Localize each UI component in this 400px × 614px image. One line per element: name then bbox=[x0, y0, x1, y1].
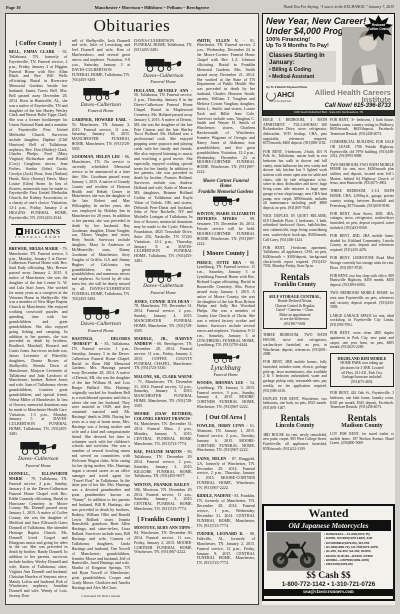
lynchburg-funeral-home-logo: LynchburgFuneral Home bbox=[197, 352, 256, 377]
deceased-name: WOODS, RHONDA LEE bbox=[197, 380, 247, 385]
masthead-cities: Manchester • Morrison • Hillsboro ~ Pelh… bbox=[95, 5, 210, 10]
classified-ad: COMMERCIAL BUILDING FOR SALE OR LEASE, 1… bbox=[330, 140, 394, 159]
deceased-name: WINTON, MARIE ELIZABETH JEFFERYS MYERS bbox=[197, 211, 256, 221]
classified-ad: THREE BEDROOM, 2-1/2 BATH HOME, CHA, 2,0… bbox=[330, 189, 394, 208]
rentals-county: Lincoln County bbox=[263, 423, 327, 430]
obituary-entry: WINTON, FRANKIE BAILEY - 106, Morrison, … bbox=[134, 483, 193, 512]
daves-funeral-home-logo: Daves~CulbertsonFuneral Home bbox=[9, 440, 68, 468]
classified-ad: THREE BEDROOM, TWO BATH HOUSE, stove and… bbox=[263, 333, 327, 356]
motorcycle-ad-body: KAWASAKI— Z1-900(1972-75)KZ900, KZ1000(1… bbox=[264, 532, 393, 571]
classified-ad: TWO BEDROOM, TWO BATH MOBILE HOME for re… bbox=[330, 163, 394, 186]
classified-ad: LARGE GARAGE SPACE for rent, ideal works… bbox=[330, 314, 394, 328]
deceased-name: BREWER, MELBA MARIE bbox=[9, 246, 60, 251]
deceased-name: JONES, CONNIE ILVA DEAN bbox=[134, 299, 191, 304]
obituary-entry: MALONE, SR., CLARK WAENE - 71, Mancheste… bbox=[134, 375, 193, 409]
rentals-title: Rentals bbox=[330, 414, 394, 423]
nurse-photo bbox=[342, 27, 392, 85]
deceased-name: BELL, EMMA CLARK bbox=[9, 49, 58, 54]
classified-ad: FOR RENT, 2BD mobile homes, fully furnis… bbox=[263, 360, 327, 393]
obituary-entry: FOWLER, JERRY LYNN - 61, Altamont, TN. J… bbox=[197, 424, 256, 453]
motorcycle-ad-subtitle: Old Japanese Motorcycles bbox=[266, 520, 391, 531]
classes-title: Classes Starting In January: bbox=[269, 53, 333, 66]
obituaries-section: Obituaries [ Coffee County ]BELL, EMMA C… bbox=[5, 13, 259, 605]
classified-ad: FOR RENT, 1-bedroom apartment, Tullahoma… bbox=[263, 246, 327, 269]
page-content: Obituaries [ Coffee County ]BELL, EMMA C… bbox=[0, 12, 400, 605]
obituary-entry: BELL, EMMA CLARK - 92, Tullahoma, TN, fo… bbox=[9, 50, 68, 221]
motorcycle-ad: Wanted Old Japanese Motorcycles KAW bbox=[262, 504, 395, 601]
boxed-ad-line: plications for 2-3BR. Located bbox=[333, 366, 391, 371]
motorcycle-illustration bbox=[267, 532, 321, 571]
boxed-ad-line: (931)675-4692. bbox=[333, 380, 391, 385]
masthead-slogan: Thank You For Saying, “I saw it in the E… bbox=[283, 5, 394, 9]
classified-ad: NICE DUPLEX IN QUIET BELAIRE, 618 Glenda… bbox=[263, 214, 327, 242]
page-number: Page 10 bbox=[6, 5, 21, 10]
school-logo-row: AHCI Call on the Right Path Allied Healt… bbox=[266, 89, 391, 103]
rentals-county: Franklin County bbox=[263, 282, 327, 289]
higgins-logo-icon bbox=[16, 228, 23, 235]
obituary-entry: BREWER, MELBA MARIE - 79, Manchester, TN… bbox=[9, 247, 68, 437]
deceased-name: HOLLAND, BEVERLY ANN bbox=[134, 88, 191, 93]
obituary-entry: GARDNER, HOWARD EARL - 76, Manchester, T… bbox=[72, 118, 131, 152]
county-section-header: [ Franklin County ] bbox=[134, 516, 193, 524]
obituary-entry: TURNER, LEONARD K. - 80, Falkville, AL, … bbox=[197, 532, 256, 566]
obituary-column: DAVES-CULBERTSON FUNERAL HOME, Tullahoma… bbox=[134, 39, 193, 599]
horse-carriage-icon bbox=[72, 86, 131, 103]
deceased-name: DONNELL, ELLSWORTH MARIE bbox=[9, 471, 68, 481]
masthead: Page 10 Manchester • Morrison • Hillsbor… bbox=[0, 0, 400, 12]
rentals-header: RentalsMadison County bbox=[330, 414, 394, 430]
obituary-entry: HOLLAND, BEVERLY ANN - 50, Tullahoma, TN… bbox=[134, 89, 193, 265]
rentals-county: Madison County bbox=[330, 423, 394, 430]
career-ad: New Year, New Career! Under $4,000 Progr… bbox=[262, 13, 395, 116]
classified-ad: HUGE 3 BEDROOM, 1 BATH APARTMENT - TULLA… bbox=[263, 118, 327, 146]
motorcycle-phone-numbers: 1-800-772-1142 • 1-310-721-0726 bbox=[264, 582, 393, 589]
ahci-logo-text: AHCI bbox=[277, 92, 294, 99]
deceased-name: RAE, PAULINE MARTIN bbox=[134, 449, 184, 454]
boxed-classified-ad: HIGHLAND RIM MOBILEHOME PARK now taking … bbox=[330, 353, 394, 387]
lynchburg-logo-name: Lynchburg bbox=[197, 365, 256, 372]
obituary-entry: GOODMAN, HELEN LEE - 86, Manchester, TN.… bbox=[72, 155, 131, 301]
classified-ad: FOR RENT, two bay shop with office, 809 … bbox=[330, 274, 394, 288]
school-address: 1600 South Rutherford Blvd., Suite 103, … bbox=[263, 110, 394, 115]
obituary-continuation: DAVES-CULBERTSON FUNERAL HOME, Tullahoma… bbox=[134, 39, 193, 54]
horse-carriage-icon bbox=[134, 268, 193, 285]
call-now-phone: Call Now! 615-396-8733 bbox=[266, 103, 391, 109]
lynchburg-logo-sub: Funeral Home bbox=[197, 372, 256, 377]
obituary-entry: MADDLE, JR., HARVEY ANDREW - 66, Beechgr… bbox=[134, 337, 193, 371]
deceased-name: MONTOYE, RUBY ANN TIPPS bbox=[134, 525, 191, 530]
horse-carriage-icon bbox=[197, 352, 256, 365]
rentals-header: RentalsFranklin County bbox=[263, 273, 327, 289]
nurse-illustration bbox=[342, 27, 392, 85]
daves-culbertson-logo-sub: Funeral Home bbox=[134, 290, 193, 295]
county-section-header: [ Out Of Area ] bbox=[197, 414, 256, 422]
classified-ad: FOR RENT: LIMESTONE Road Mini Storage cu… bbox=[330, 256, 394, 270]
deceased-name: MOORE (USAF RETIRED), COLONEL ERNEST FRA… bbox=[134, 411, 193, 421]
motorcycle-email: usa@classicrunners.com bbox=[264, 589, 393, 596]
horse-carriage-icon bbox=[134, 57, 193, 74]
boxed-classified-ad: SELF STORAGE CENTRAL,Beside Decherd Niss… bbox=[263, 291, 327, 329]
school-name: Allied Health Careers Institute bbox=[296, 89, 391, 103]
ahci-swoosh-icon bbox=[266, 91, 276, 101]
class-item-billing: Billing & Coding bbox=[269, 67, 333, 73]
motorcycle-model: CBX1000(1979,80) bbox=[324, 562, 390, 566]
horse-carriage-icon bbox=[72, 305, 131, 322]
moore-cortner-logo-line1: Moore Cortner Funeral Home bbox=[197, 179, 256, 190]
rentals-header: RentalsLincoln County bbox=[263, 414, 327, 430]
classified-ad: FOR RENT, 424 Oak St., Fayetteville, 3 b… bbox=[330, 391, 394, 410]
daves-culbertson-logo-sub: Funeral Home bbox=[72, 328, 131, 333]
deceased-name: RIDDLE, NADENE bbox=[197, 493, 233, 498]
daves-culbertson-logo-sub: Funeral Home bbox=[134, 79, 193, 84]
career-ad-footer: Up To 9 Month Payment Plans AHCI Call on… bbox=[263, 85, 394, 115]
obituary-entry: PIERCE, OTTIE BEA - 90, Lynchburg, TN. F… bbox=[197, 261, 256, 349]
classified-ad: FOR RENT, extra clean 2BD duplex apartme… bbox=[330, 331, 394, 350]
boxed-ad-line: (931)967-5682. bbox=[266, 322, 324, 327]
deceased-name: SMITH, ELLEN V. bbox=[197, 39, 244, 43]
obituary-columns: [ Coffee County ]BELL, EMMA CLARK - 92, … bbox=[9, 39, 255, 599]
obituary-entry: RIDDLE, NADENE - 83, Franklin, TN, forme… bbox=[197, 494, 256, 528]
motorcycle-ad-title: Wanted bbox=[264, 507, 393, 519]
classified-ad: 3BD HOUSE for rent, newly remodeled, new… bbox=[263, 433, 327, 452]
obituary-continuation: nell of Shelbyville, Josh Donnell and wi… bbox=[72, 39, 131, 83]
classes-panel: Classes Starting In January: Billing & C… bbox=[266, 51, 336, 82]
class-item-medical: Medical Assistant bbox=[269, 74, 333, 80]
moorecortner-funeral-home-logo: Moore Cortner Funeral HomeFranklin Memor… bbox=[197, 179, 256, 209]
deceased-name: MADDLE, JR., HARVEY ANDREW bbox=[134, 336, 193, 346]
classified-ad: DUPLEX FOR RENT, Winchester, two bedroom… bbox=[263, 397, 327, 411]
rentals-title: Rentals bbox=[263, 273, 327, 282]
daves-culbertson-logo-sub: Funeral Home bbox=[9, 463, 68, 468]
daves-funeral-home-logo: Daves~CulbertsonFuneral Home bbox=[72, 86, 131, 114]
classifieds-column-left: HUGE 3 BEDROOM, 1 BATH APARTMENT - TULLA… bbox=[263, 118, 327, 502]
motorcycle-model-list: KAWASAKI— Z1-900(1972-75)KZ900, KZ1000(1… bbox=[324, 532, 390, 571]
deceased-name: PIERCE, OTTIE BEA bbox=[197, 260, 245, 265]
obituary-column: nell of Shelbyville, Josh Donnell and wi… bbox=[72, 39, 131, 599]
classified-ad: LOT FOR RENT, for travel trailer or mobi… bbox=[330, 432, 394, 446]
obituary-entry: DONNELL, ELLSWORTH MARIE - 79, Tullahoma… bbox=[9, 472, 68, 598]
obituary-entry: SMITH, ELLEN V. - 91, Winchester, TN. Fu… bbox=[197, 39, 256, 176]
classifieds-column-right: FOR RENT, 3+ bedroom, 1 bath house, laun… bbox=[330, 118, 394, 502]
deceased-name: GARDNER, HOWARD EARL bbox=[72, 117, 129, 122]
newspaper-page: Page 10 Manchester • Morrison • Hillsbor… bbox=[0, 0, 400, 614]
higgins-logo-sub: FUNERAL HOME bbox=[11, 236, 66, 240]
deceased-name: RAINS, HELEN bbox=[197, 456, 229, 461]
classified-ad: FOR RENT, 3+ bedroom, 1 bath house, laun… bbox=[330, 118, 394, 137]
daves-funeral-home-logo: Daves~CulbertsonFuneral Home bbox=[72, 305, 131, 333]
county-section-header: [ Moore County ] bbox=[197, 250, 256, 258]
deceased-name: GOODMAN, HELEN LEE bbox=[72, 154, 122, 159]
daves-funeral-home-logo: Daves~CulbertsonFuneral Home bbox=[134, 57, 193, 85]
higgins-funeral-home-logo: HIGGINSFUNERAL HOME bbox=[11, 224, 66, 243]
deceased-name: HASTINGS, DELORES “DORSEY” B. bbox=[72, 336, 131, 346]
obituary-entry: RAE, PAULINE MARTIN - 83, Tullahoma, TN.… bbox=[134, 450, 193, 479]
daves-culbertson-logo-sub: Funeral Home bbox=[72, 108, 131, 113]
motorcycle-photo bbox=[267, 532, 321, 571]
obituary-entry: JONES, CONNIE ILVA DEAN - 78, Manchester… bbox=[134, 300, 193, 334]
obituary-entry: MOORE (USAF RETIRED), COLONEL ERNEST FRA… bbox=[134, 412, 193, 446]
obituaries-title: Obituaries bbox=[9, 16, 255, 36]
deceased-name: FOWLER, JERRY LYNN bbox=[197, 423, 247, 428]
horse-carriage-icon bbox=[9, 440, 68, 457]
classified-ad: TWO BEDROOM MOBILE HOME for rent, near F… bbox=[330, 291, 394, 310]
ahci-logo: AHCI Call on the Right Path bbox=[266, 91, 294, 101]
obituary-entry: RAINS, HELEN - 87, Ringgold, GA, formerl… bbox=[197, 457, 256, 491]
deceased-name: TURNER, LEONARD K. bbox=[197, 531, 247, 536]
classified-ad: FOR RENT, 3-bedroom, 2-bath, 401 N Polk … bbox=[263, 150, 327, 211]
continued-note: Continued On Next Column bbox=[72, 594, 131, 598]
obituary-column: [ Coffee County ]BELL, EMMA CLARK - 92, … bbox=[9, 39, 68, 599]
deceased-name: WINTON, FRANKIE BAILEY bbox=[134, 482, 191, 487]
obituary-entry: WINTON, MARIE ELIZABETH JEFFERYS MYERS -… bbox=[197, 212, 256, 246]
obituary-entry: WOODS, RHONDA LEE - 54, Lynchburg, TN. J… bbox=[197, 381, 256, 410]
classifieds: HUGE 3 BEDROOM, 1 BATH APARTMENT - TULLA… bbox=[262, 118, 395, 502]
horse-carriage-icon bbox=[197, 195, 256, 208]
obituary-entry: MONTOYE, RUBY ANN TIPPS - 84, Winchester… bbox=[134, 526, 193, 555]
ahci-tagline: Call on the Right Path bbox=[269, 101, 291, 103]
classified-ad: FOR RENT, 2BD, 2BA mobile home, shaded l… bbox=[330, 234, 394, 253]
daves-funeral-home-logo: Daves~CulbertsonFuneral Home bbox=[134, 268, 193, 296]
deceased-name: MALONE, SR., CLARK WAENE bbox=[134, 374, 193, 379]
obituary-entry: HASTINGS, DELORES “DORSEY” B. - 83, Tull… bbox=[72, 337, 131, 591]
right-rail: New Year, New Career! Under $4,000 Progr… bbox=[262, 13, 395, 605]
obituary-column: SMITH, ELLEN V. - 91, Winchester, TN. Fu… bbox=[197, 39, 256, 599]
county-section-header: [ Coffee County ] bbox=[9, 40, 68, 48]
rentals-title: Rentals bbox=[263, 414, 327, 423]
classified-ad: FOR RENT, State Street, 2BD, 1BA, cottag… bbox=[330, 212, 394, 231]
